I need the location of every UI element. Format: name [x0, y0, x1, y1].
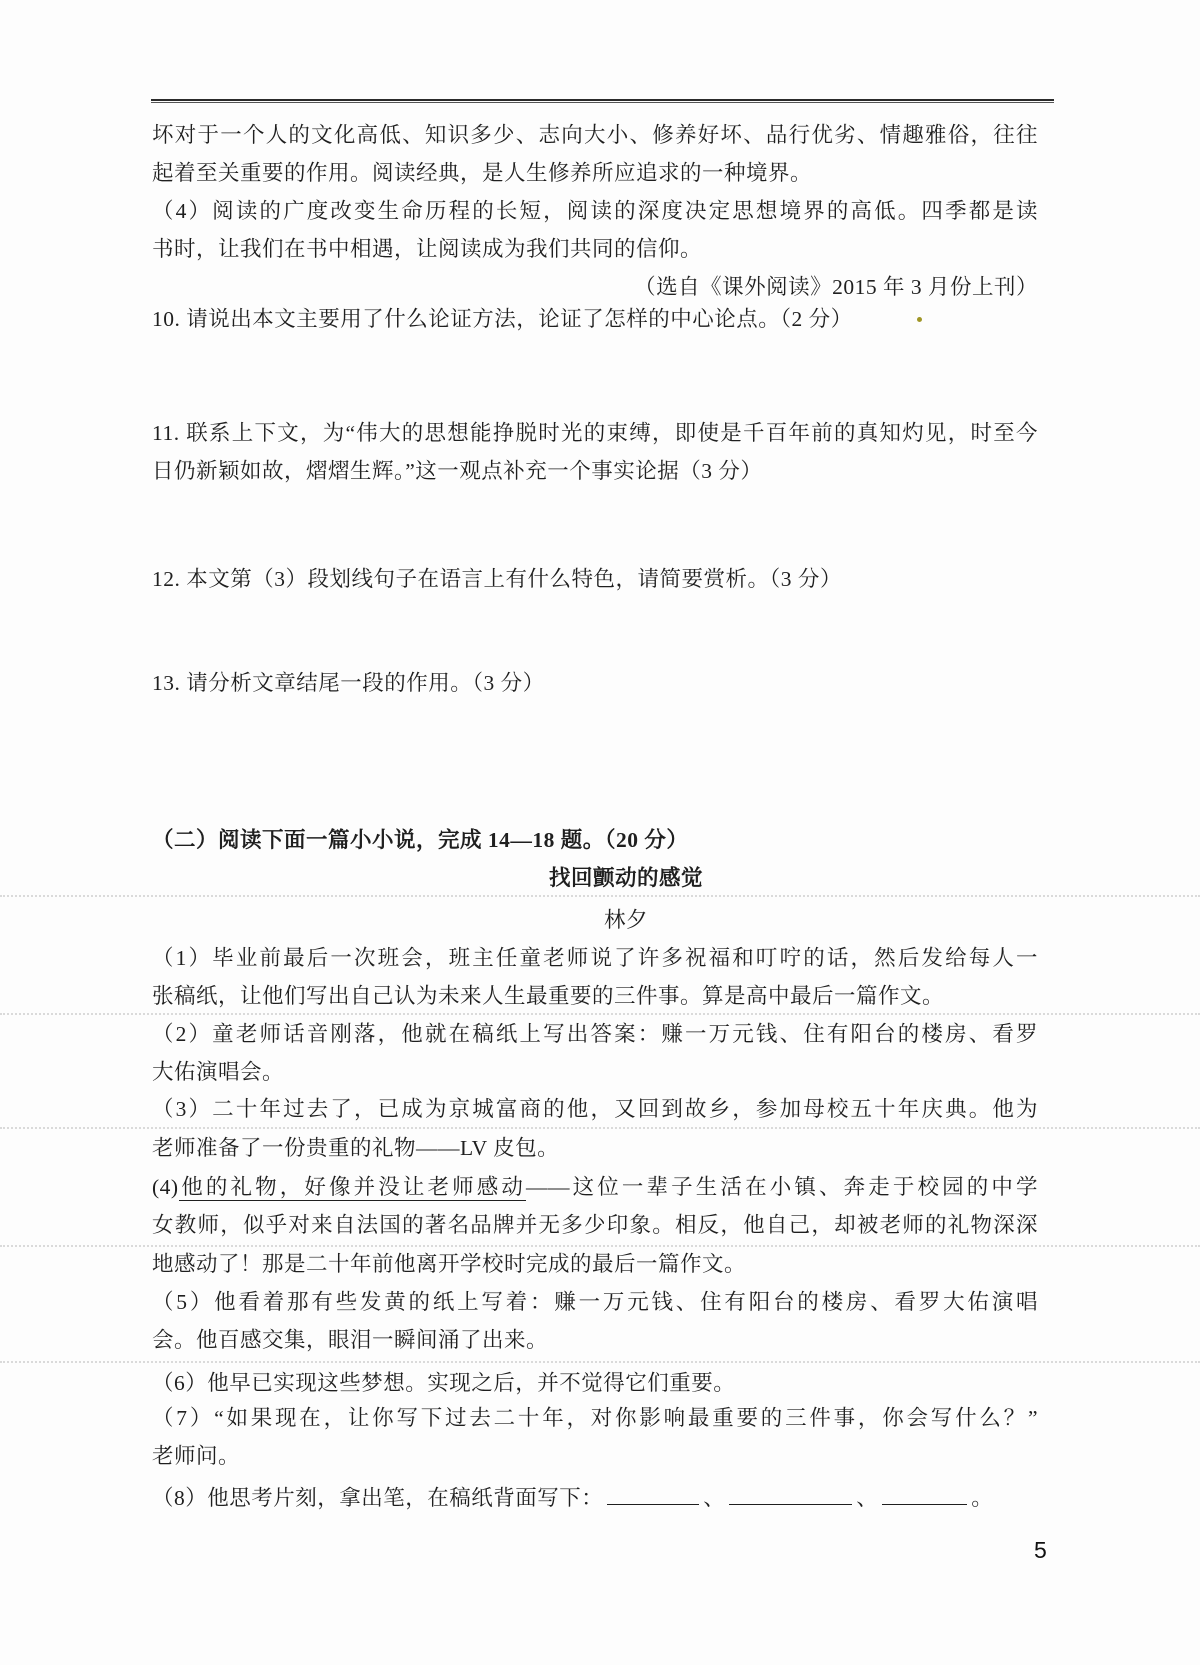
question-12: 12. 本文第（3）段划线句子在语言上有什么特色，请简要赏析。（3 分）: [152, 560, 1038, 598]
story-para-1-line-2: 张稿纸，让他们写出自己认为未来人生最重要的三件事。算是高中最后一篇作文。: [152, 977, 1038, 1015]
story-author: 林夕: [152, 901, 1038, 939]
text-segment: (4): [152, 1175, 179, 1199]
answer-blank: [729, 1480, 852, 1505]
story-para-4-line-1: (4)他的礼物，好像并没让老师感动——这位一辈子生活在小镇、奔走于校园的中学: [152, 1168, 1038, 1206]
text-segment: ——这位一辈子生活在小镇、奔走于校园的中学: [526, 1175, 1038, 1199]
section-heading: （二）阅读下面一篇小小说，完成 14—18 题。（20 分）: [152, 821, 1038, 859]
question-13: 13. 请分析文章结尾一段的作用。（3 分）: [152, 664, 1038, 702]
answer-blank: [607, 1480, 699, 1505]
text-segment: 、: [856, 1486, 878, 1510]
question-11-line-1: 11. 联系上下文，为“伟大的思想能挣脱时光的束缚，即使是千百年前的真知灼见，时…: [152, 414, 1038, 452]
para-4-line-2: 书时，让我们在书中相遇，让阅读成为我们共同的信仰。: [152, 230, 1038, 268]
story-para-7-line-2: 老师问。: [152, 1437, 1038, 1475]
story-para-5-line-2: 会。他百感交集，眼泪一瞬间涌了出来。: [152, 1321, 1038, 1359]
story-para-2-line-2: 大佑演唱会。: [152, 1053, 1038, 1091]
para-4-line-1: （4）阅读的广度改变生命历程的长短，阅读的深度决定思想境界的高低。四季都是读: [152, 192, 1038, 230]
story-title: 找回颤动的感觉: [152, 859, 1038, 897]
question-10: 10. 请说出本文主要用了什么论证方法，论证了怎样的中心论点。（2 分）: [152, 300, 1038, 338]
question-11-line-2: 日仍新颖如故，熠熠生辉。”这一观点补充一个事实论据（3 分）: [152, 452, 1038, 490]
text-segment: 。: [971, 1486, 993, 1510]
para-tail-line-1: 坏对于一个人的文化高低、知识多少、志向大小、修养好坏、品行优劣、情趣雅俗，往往: [152, 116, 1038, 154]
story-para-3-line-2: 老师准备了一份贵重的礼物——LV 皮包。: [152, 1129, 1038, 1167]
story-para-5-line-1: （5）他看着那有些发黄的纸上写着：赚一万元钱、住有阳台的楼房、看罗大佑演唱: [152, 1283, 1038, 1321]
story-para-1-line-1: （1）毕业前最后一次班会，班主任童老师说了许多祝福和叮咛的话，然后发给每人一: [152, 939, 1038, 977]
para-tail-line-2: 起着至关重要的作用。阅读经典，是人生修养所应追求的一种境界。: [152, 154, 1038, 192]
story-para-3-line-1: （3）二十年过去了，已成为京城富商的他，又回到故乡，参加母校五十年庆典。他为: [152, 1090, 1038, 1128]
page-number: 5: [1034, 1537, 1047, 1564]
text-segment: 、: [703, 1486, 725, 1510]
story-para-4-line-2: 女教师，似乎对来自法国的著名品牌并无多少印象。相反，他自己，却被老师的礼物深深: [152, 1206, 1038, 1244]
text-segment: （8）他思考片刻，拿出笔，在稿纸背面写下：: [152, 1486, 603, 1510]
header-rule: [151, 99, 1054, 103]
exam-page: 坏对于一个人的文化高低、知识多少、志向大小、修养好坏、品行优劣、情趣雅俗，往往起…: [0, 0, 1200, 1665]
story-para-6: （6）他早已实现这些梦想。实现之后，并不觉得它们重要。: [152, 1364, 1038, 1402]
answer-blank: [882, 1480, 967, 1505]
story-para-7-line-1: （7）“如果现在，让你写下过去二十年，对你影响最重要的三件事，你会写什么？”: [152, 1399, 1038, 1437]
story-para-8: （8）他思考片刻，拿出笔，在稿纸背面写下：、、。: [152, 1479, 1038, 1517]
dotted-separator: [0, 1361, 1200, 1363]
underlined-sentence: 他的礼物，好像并没让老师感动: [179, 1175, 526, 1201]
story-para-4-line-3: 地感动了！那是二十年前他离开学校时完成的最后一篇作文。: [152, 1245, 1038, 1283]
scan-artifact-dot: [917, 317, 922, 322]
story-para-2-line-1: （2）童老师话音刚落，他就在稿纸上写出答案：赚一万元钱、住有阳台的楼房、看罗: [152, 1015, 1038, 1053]
